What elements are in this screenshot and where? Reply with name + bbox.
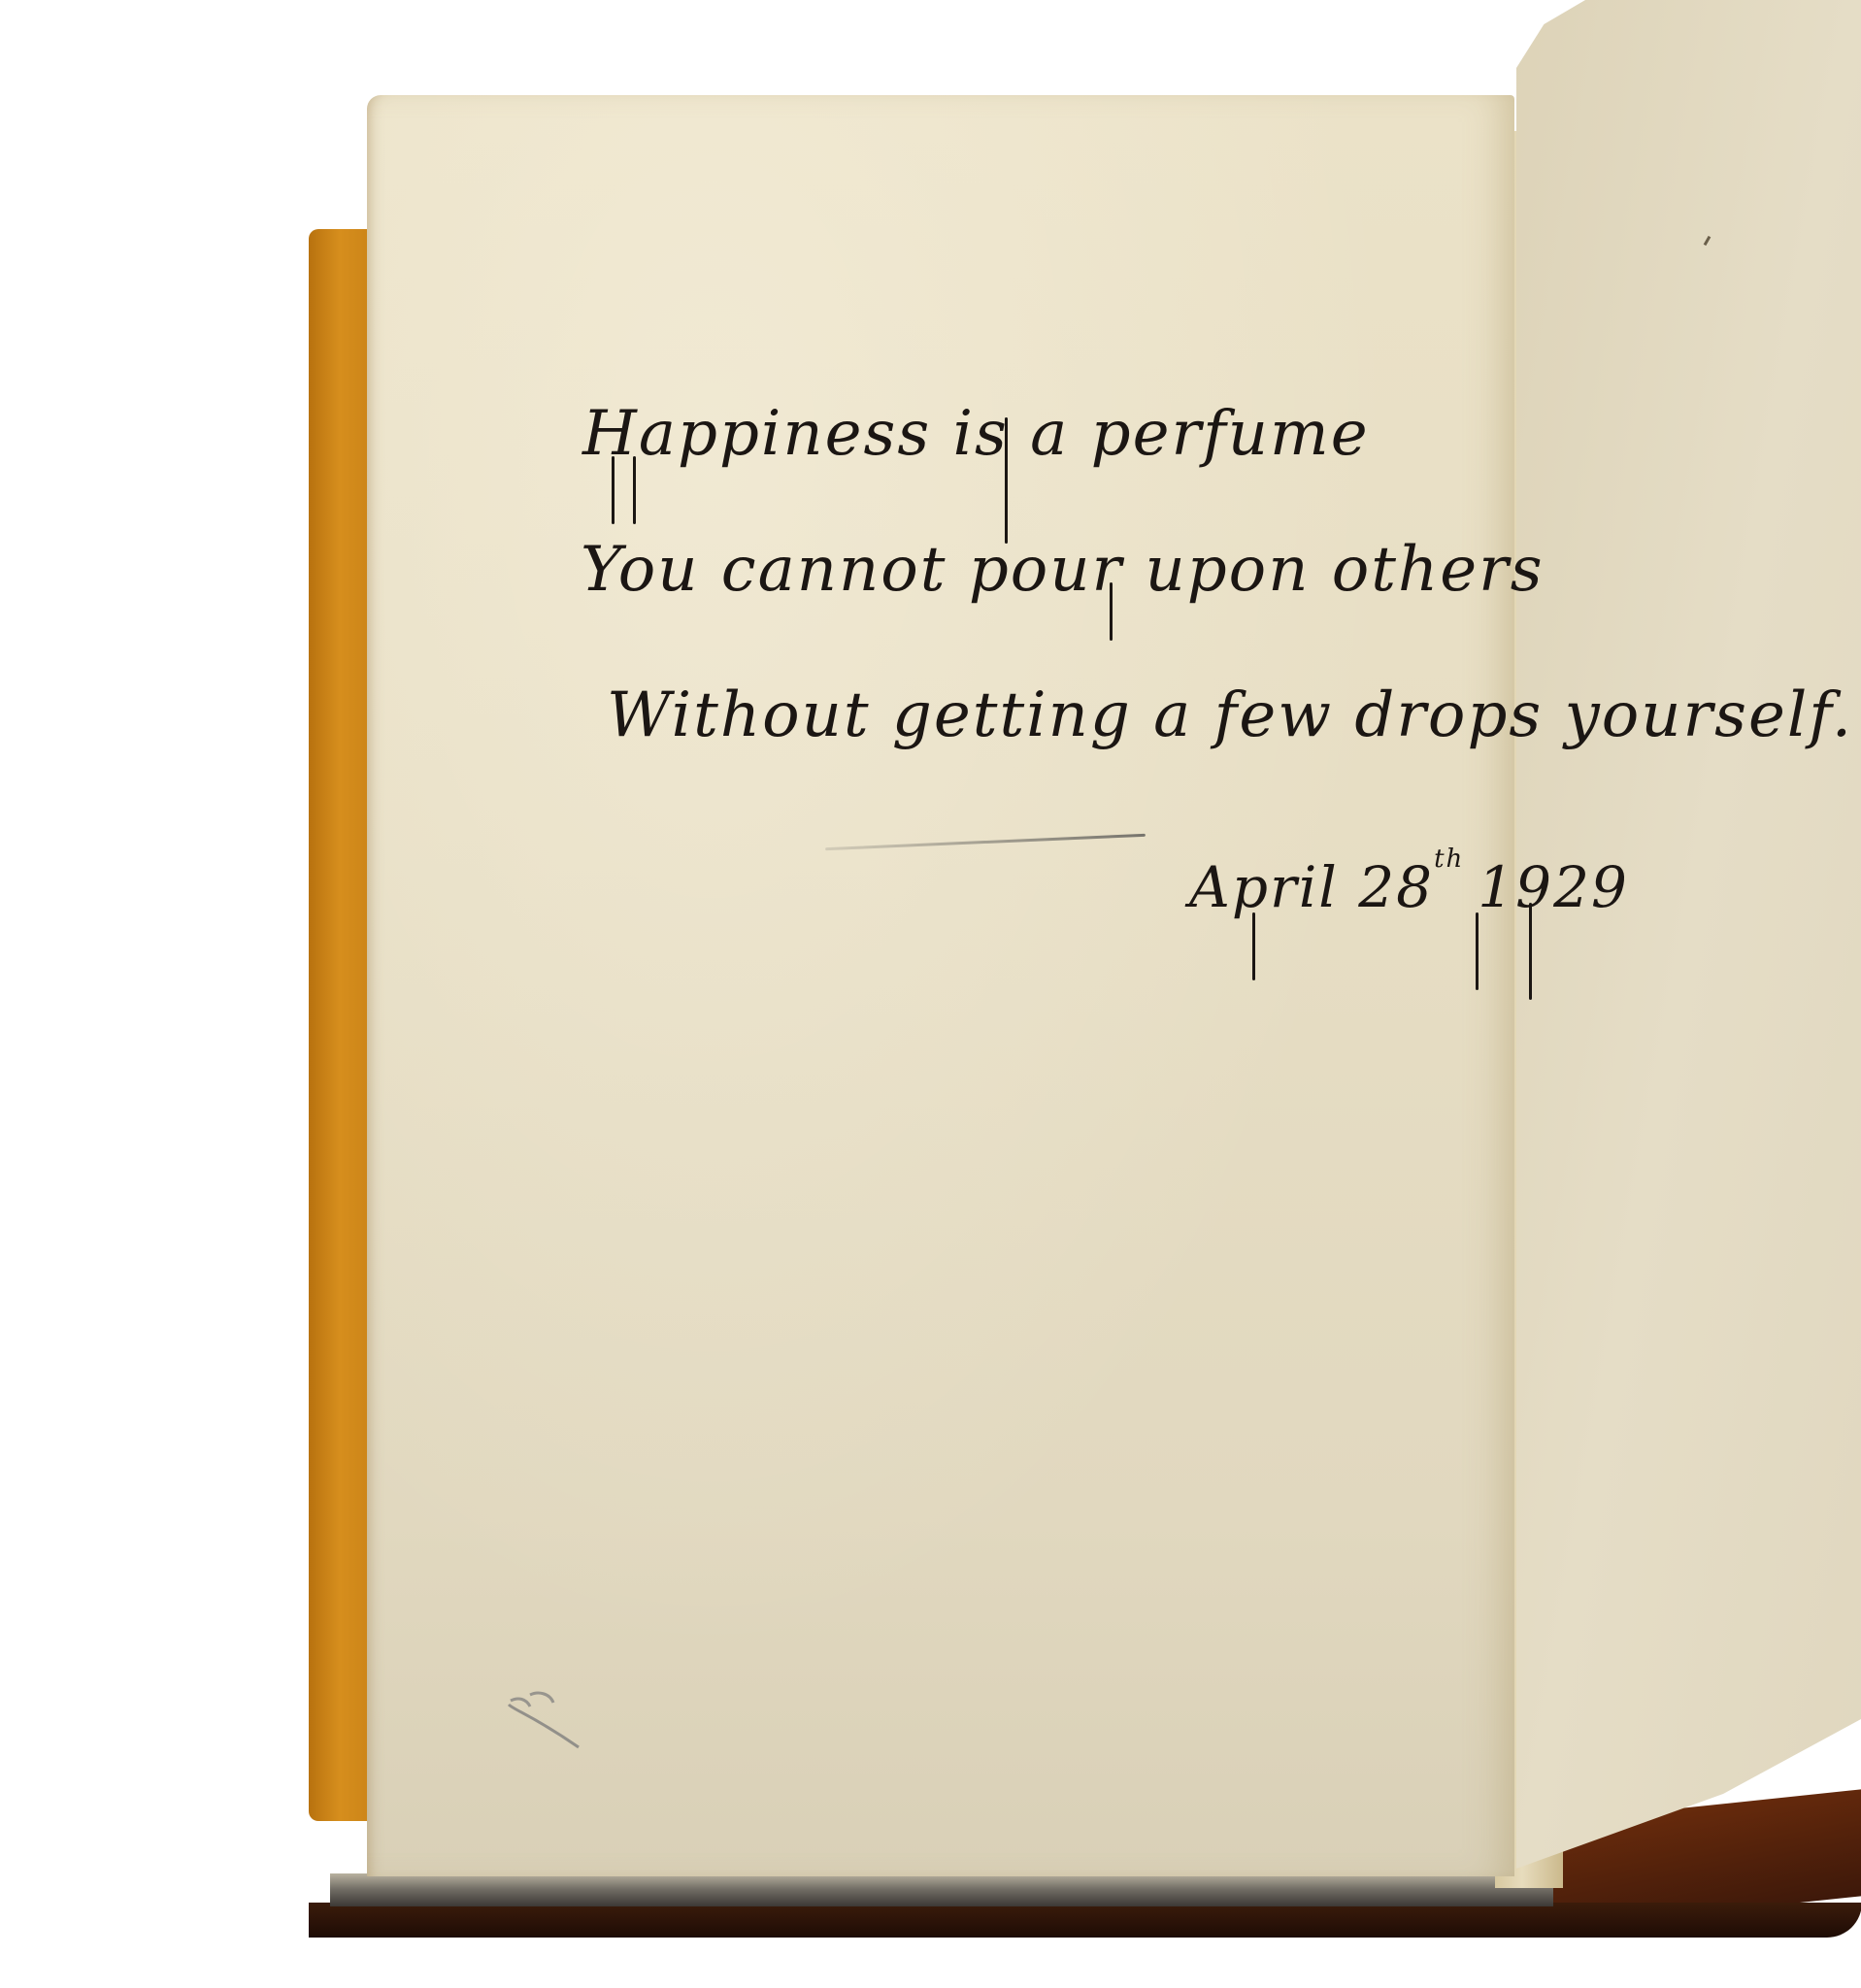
inscription-line-3: Without getting a few drops yourself. — [607, 679, 1853, 751]
pen-descender — [1110, 582, 1113, 641]
pen-descender — [1476, 912, 1479, 990]
pencil-corner-mark — [505, 1691, 612, 1749]
date-year: 1929 — [1478, 854, 1629, 920]
pen-descender — [612, 456, 615, 524]
pen-descender — [1252, 912, 1255, 980]
pen-descender — [1005, 417, 1008, 544]
date-month-day: April 28 — [1189, 854, 1434, 920]
inscription-line-2: You cannot pour upon others — [581, 534, 1545, 606]
handwritten-inscription: Happiness is a perfume You cannot pour u… — [0, 0, 1861, 1988]
date-suffix: th — [1434, 845, 1464, 874]
inscription-line-1: Happiness is a perfume — [582, 398, 1370, 470]
pen-descender — [633, 456, 636, 524]
open-book-photo: Happiness is a perfume You cannot pour u… — [0, 0, 1861, 1988]
pencil-underline — [825, 834, 1146, 850]
pen-descender — [1529, 903, 1532, 1000]
inscription-date: April 28th1929 — [1189, 854, 1629, 920]
